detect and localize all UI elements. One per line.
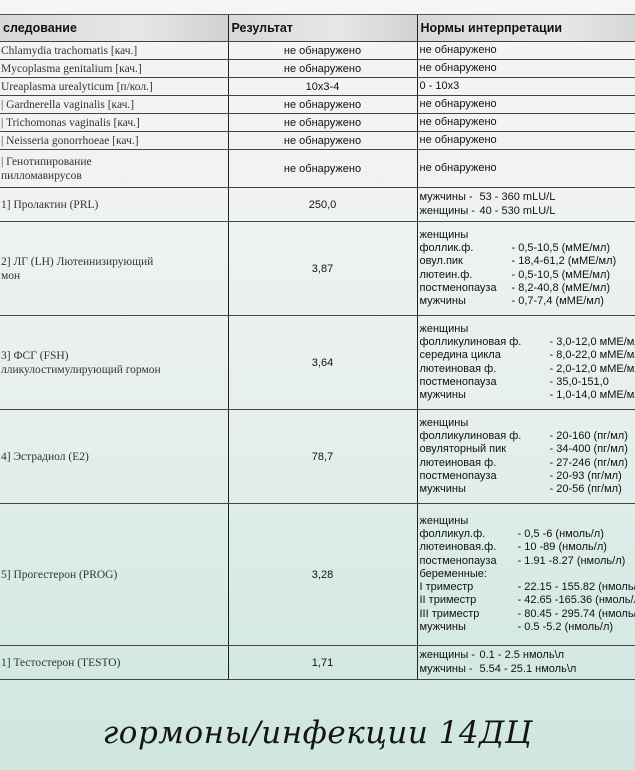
test-norm: не обнаружено [417,114,635,132]
table-row: | Генотипированиепилломавирусовне обнару… [0,150,635,188]
norm-range: - 0.5 -5.2 (нмоль/л) [518,621,614,634]
test-name-line: 3] ФСГ (FSH) [1,349,228,363]
test-result: не обнаружено [228,60,417,78]
test-result: не обнаружено [228,96,417,114]
test-name: | Gardnerella vaginalis [кач.] [0,96,228,114]
norm-label: фоллик.ф. [420,242,512,255]
norm-label: лютеиновая.ф. [420,541,518,554]
handwritten-caption: гормоны/инфекции 14ДЦ [0,715,635,751]
norm-label: III триместр [420,608,518,621]
norm-line: лютеиновая.ф.- 10 -89 (нмоль/л) [420,541,635,554]
norm-label: лютеин.ф. [420,269,512,282]
test-norm: не обнаружено [417,42,635,60]
table-row: | Trichomonas vaginalis [кач.]не обнаруж… [0,114,635,132]
norm-line: III триместр- 80.45 - 295.74 (нмоль/л) [420,608,635,621]
norm-line: женщины -40 - 530 mLU/L [420,205,635,218]
table-row: | Neisseria gonorrhoeae [кач.]не обнаруж… [0,132,635,150]
norm-range: - 22.15 - 155.82 (нмоль/л) [518,581,635,594]
norm-line: фоллик.ф.- 0,5-10,5 (мМЕ/мл) [420,242,635,255]
norm-label: овул.пик [420,255,512,268]
test-norm: мужчины -53 - 360 mLU/Lженщины -40 - 530… [417,188,635,222]
norm-line: женщины -0.1 - 2.5 нмоль\л [420,649,635,662]
norm-line: II триместр- 42.65 -165.36 (нмоль/л) [420,594,635,607]
table-row: 4] Эстрадиол (E2)78,7женщиныфолликулинов… [0,410,635,504]
norm-label: мужчины - [420,663,480,676]
norm-line: женщины [420,229,635,242]
norm-label: лютеиновая ф. [420,363,550,376]
table-row: 1] Пролактин (PRL)250,0мужчины -53 - 360… [0,188,635,222]
norm-label: постменопауза [420,282,512,295]
test-norm: не обнаружено [417,96,635,114]
test-name: | Trichomonas vaginalis [кач.] [0,114,228,132]
norm-range: - 20-160 (пг/мл) [550,430,628,443]
norm-line: беременные: [420,568,635,581]
test-result: 10x3-4 [228,78,417,96]
norm-range: - 0,5-10,5 (мМЕ/мл) [512,242,611,255]
norm-label: лютеиновая ф. [420,457,550,470]
header-result: Результат [228,15,417,42]
norm-label: постменопауза [420,470,550,483]
norm-line: женщины [420,323,635,336]
norm-label: мужчины [420,621,518,634]
test-norm: женщиныфолликулиновая ф.- 20-160 (пг/мл)… [417,410,635,504]
norm-label: фолликулиновая ф. [420,336,550,349]
header-norms: Нормы интерпретации [417,15,635,42]
test-norm: не обнаружено [417,132,635,150]
test-norm: 0 - 10x3 [417,78,635,96]
norm-range: - 0,5 -6 (нмоль/л) [518,528,604,541]
test-norm: женщиныфолликул.ф.- 0,5 -6 (нмоль/л)люте… [417,504,635,646]
norm-line: фолликулиновая ф.- 3,0-12,0 мМЕ/мл [420,336,635,349]
norm-label: мужчины [420,295,512,308]
test-name: | Генотипированиепилломавирусов [0,150,228,188]
norm-line: постменопауза- 35,0-151,0 [420,376,635,389]
norm-label: женщины - [420,649,480,662]
test-norm: женщиныфоллик.ф.- 0,5-10,5 (мМЕ/мл)овул.… [417,222,635,316]
norm-line: мужчины -5.54 - 25.1 нмоль\л [420,663,635,676]
test-name: 2] ЛГ (LH) Лютеинизирующиймон [0,222,228,316]
test-name: Ureaplasma urealyticum [п/кол.] [0,78,228,96]
norm-range: - 0,7-7,4 (мМЕ/мл) [512,295,604,308]
norm-line: фолликулиновая ф.- 20-160 (пг/мл) [420,430,635,443]
norm-range: 40 - 530 mLU/L [480,205,556,218]
test-norm: женщины -0.1 - 2.5 нмоль\лмужчины -5.54 … [417,646,635,680]
test-result: 78,7 [228,410,417,504]
test-norm: женщиныфолликулиновая ф.- 3,0-12,0 мМЕ/м… [417,316,635,410]
norm-range: - 1.91 -8.27 (нмоль/л) [518,555,626,568]
norm-range: - 42.65 -165.36 (нмоль/л) [518,594,635,607]
norm-line: овул.пик- 18,4-61,2 (мМЕ/мл) [420,255,635,268]
norm-line: женщины [420,417,635,430]
norm-range: 5.54 - 25.1 нмоль\л [480,663,577,676]
table-row: Ureaplasma urealyticum [п/кол.]10x3-40 -… [0,78,635,96]
norm-label: мужчины [420,483,550,496]
norm-range: - 34-400 (пг/мл) [550,443,628,456]
norm-label: постменопауза [420,555,518,568]
lab-results-table: следование Результат Нормы интерпретации… [0,14,635,680]
norm-label: овуляторный пик [420,443,550,456]
norm-line: лютеин.ф.- 0,5-10,5 (мМЕ/мл) [420,269,635,282]
norm-label: фолликул.ф. [420,528,518,541]
test-name-line: мон [1,269,228,283]
test-name: Mycoplasma genitalium [кач.] [0,60,228,78]
norm-line: мужчины -53 - 360 mLU/L [420,191,635,204]
norm-range: 53 - 360 mLU/L [480,191,556,204]
norm-label: женщины [420,323,550,336]
norm-label: женщины [420,229,512,242]
test-name: 3] ФСГ (FSH)лликулостимулирующий гормон [0,316,228,410]
norm-range: - 0,5-10,5 (мМЕ/мл) [512,269,611,282]
header-test: следование [0,15,228,42]
test-result: 3,28 [228,504,417,646]
norm-line: мужчины- 0,7-7,4 (мМЕ/мл) [420,295,635,308]
norm-line: лютеиновая ф.- 2,0-12,0 мМЕ/мл [420,363,635,376]
norm-line: середина цикла- 8,0-22,0 мМЕ/мл [420,349,635,362]
table-header-row: следование Результат Нормы интерпретации [0,15,635,42]
norm-line: овуляторный пик- 34-400 (пг/мл) [420,443,635,456]
test-result: 3,87 [228,222,417,316]
norm-range: - 8,2-40,8 (мМЕ/мл) [512,282,611,295]
norm-label: женщины [420,515,518,528]
norm-range: - 20-56 (пг/мл) [550,483,622,496]
norm-range: - 1,0-14,0 мМЕ/мл [550,389,635,402]
test-result: 1,71 [228,646,417,680]
test-name-line: пилломавирусов [1,169,228,183]
norm-line: мужчины- 20-56 (пг/мл) [420,483,635,496]
test-result: 250,0 [228,188,417,222]
test-result: не обнаружено [228,42,417,60]
norm-range: - 10 -89 (нмоль/л) [518,541,607,554]
test-name-line: лликулостимулирующий гормон [1,363,228,377]
norm-label: беременные: [420,568,518,581]
norm-range: - 3,0-12,0 мМЕ/мл [550,336,635,349]
norm-range: - 8,0-22,0 мМЕ/мл [550,349,635,362]
norm-range: - 2,0-12,0 мМЕ/мл [550,363,635,376]
norm-line: I триместр- 22.15 - 155.82 (нмоль/л) [420,581,635,594]
test-name-line: 2] ЛГ (LH) Лютеинизирующий [1,255,228,269]
test-name: | Neisseria gonorrhoeae [кач.] [0,132,228,150]
test-name-line: | Генотипирование [1,155,228,169]
test-name: 1] Тестостерон (TESTO) [0,646,228,680]
table-row: | Gardnerella vaginalis [кач.]не обнаруж… [0,96,635,114]
norm-range: - 27-246 (пг/мл) [550,457,628,470]
table-row: Mycoplasma genitalium [кач.]не обнаружен… [0,60,635,78]
test-name: 4] Эстрадиол (E2) [0,410,228,504]
test-result: не обнаружено [228,114,417,132]
norm-label: мужчины [420,389,550,402]
table-row: 2] ЛГ (LH) Лютеинизирующиймон3,87женщины… [0,222,635,316]
norm-range: 0.1 - 2.5 нмоль\л [480,649,565,662]
norm-line: женщины [420,515,635,528]
lab-results-sheet: следование Результат Нормы интерпретации… [0,14,635,680]
norm-label: середина цикла [420,349,550,362]
norm-line: лютеиновая ф.- 27-246 (пг/мл) [420,457,635,470]
norm-label: II триместр [420,594,518,607]
norm-range: - 20-93 (пг/мл) [550,470,622,483]
norm-line: мужчины- 0.5 -5.2 (нмоль/л) [420,621,635,634]
norm-range: - 18,4-61,2 (мМЕ/мл) [512,255,617,268]
test-norm: не обнаружено [417,150,635,188]
norm-line: постменопауза- 20-93 (пг/мл) [420,470,635,483]
table-row: 3] ФСГ (FSH)лликулостимулирующий гормон3… [0,316,635,410]
table-row: Chlamydia trachomatis [кач.]не обнаружен… [0,42,635,60]
norm-range: - 80.45 - 295.74 (нмоль/л) [518,608,635,621]
norm-label: женщины [420,417,550,430]
test-result: не обнаружено [228,132,417,150]
norm-line: мужчины- 1,0-14,0 мМЕ/мл [420,389,635,402]
norm-line: постменопауза- 8,2-40,8 (мМЕ/мл) [420,282,635,295]
test-name: Chlamydia trachomatis [кач.] [0,42,228,60]
test-result: 3,64 [228,316,417,410]
norm-range: - 35,0-151,0 [550,376,609,389]
norm-label: фолликулиновая ф. [420,430,550,443]
norm-label: мужчины - [420,191,480,204]
norm-label: женщины - [420,205,480,218]
table-row: 1] Тестостерон (TESTO)1,71женщины -0.1 -… [0,646,635,680]
norm-line: постменопауза- 1.91 -8.27 (нмоль/л) [420,555,635,568]
norm-label: постменопауза [420,376,550,389]
table-row: 5] Прогестерон (PROG)3,28женщиныфолликул… [0,504,635,646]
test-name: 1] Пролактин (PRL) [0,188,228,222]
test-name: 5] Прогестерон (PROG) [0,504,228,646]
test-result: не обнаружено [228,150,417,188]
norm-label: I триместр [420,581,518,594]
norm-line: фолликул.ф.- 0,5 -6 (нмоль/л) [420,528,635,541]
test-norm: не обнаружено [417,60,635,78]
